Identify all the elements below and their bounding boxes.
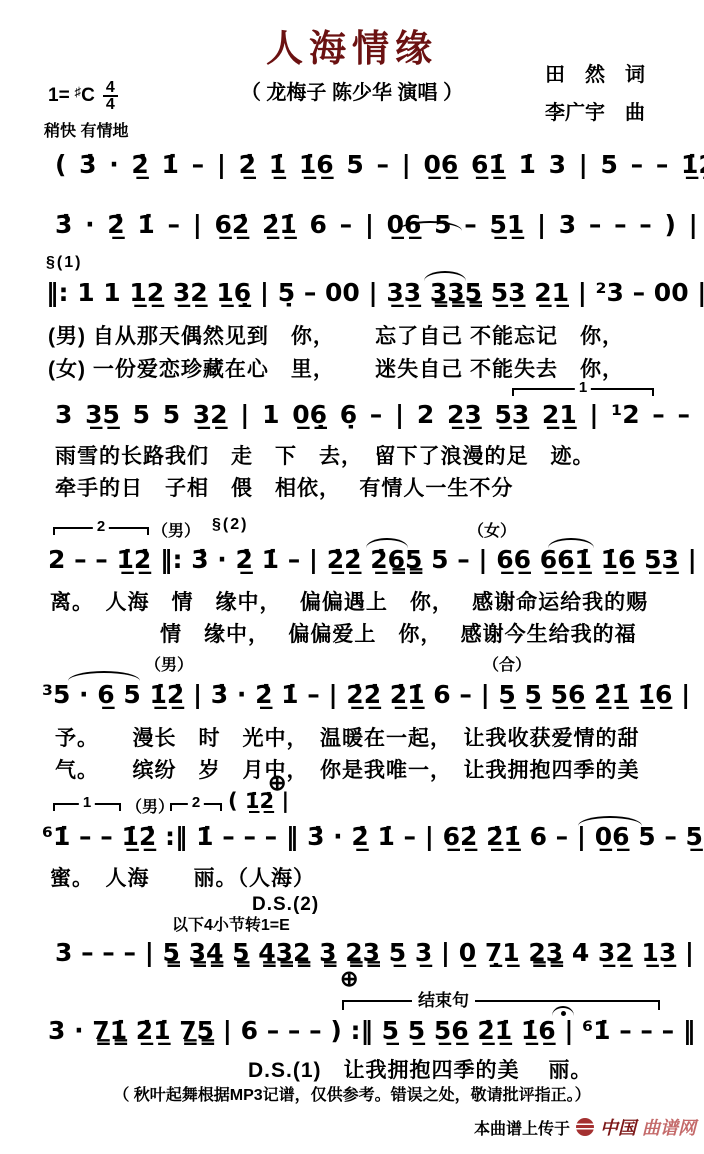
volta-2-label: 2 [188, 794, 204, 812]
tie-arc [548, 538, 594, 548]
music-line-3: ‖: 1 1 1̲2̲ 3̲2̲ 1̲6̲̣ | 5̣ – 00 | 3̲3̲ … [46, 278, 704, 307]
voice-label-female: （女） [468, 518, 516, 541]
key-prefix: 1= [48, 85, 70, 107]
segno-mark-2: §(2) [212, 516, 248, 534]
music-line-7: ⁶1̇ – – 1̲̇2̲̇ :‖ 1̇ – – – ‖ 3̇ · 2̲̇ 1̇… [42, 822, 704, 851]
lyrics-line-9: D.S.(1) 让我拥抱四季的美 丽。 [248, 1054, 592, 1084]
site-name-cn: 中国 [600, 1114, 636, 1140]
volta-1-bracket: 1 [53, 803, 121, 813]
music-line-4: 3 3̲5̲ 5 5 3̲2̲ | 1 0̲6̲̣ 6̣ – | 2 2̲3̲ … [55, 400, 704, 429]
site-name-qupu: 曲谱网 [642, 1114, 696, 1140]
lyrics-line-5-a: 离。 人海 情 缘中， 偏偏遇上 你， 感谢命运给我的赐 [50, 586, 648, 616]
meter-denominator: 4 [106, 97, 115, 112]
key-signature: 1=♯C 4 4 [48, 80, 118, 112]
music-line-1: ( 3̇ · 2̲̇ 1̇ – | 2̲̇ 1̲̇ 1̲̇6̲ 5 – | 0̲… [55, 150, 704, 179]
upload-text: 本曲谱上传于 [474, 1116, 570, 1139]
site-logo-icon [576, 1118, 594, 1136]
meter-numerator: 4 [103, 80, 118, 97]
lyrics-line-7: 蜜。 人海 丽。（人海） [50, 862, 315, 892]
volta-2-label: 2 [93, 518, 109, 536]
sheet-music-page: 人海情缘 （ 龙梅子 陈少华 演唱 ） 田 然 词 李广宇 曲 1=♯C 4 4… [0, 0, 704, 1154]
composer-credit: 李广宇 曲 [545, 96, 645, 125]
lyrics-line-3-female: (女) 一份爱恋珍藏在心 里， 迷失自己 不能失去 你， [48, 353, 624, 383]
lyrics-line-4-a: 雨雪的长路我们 走 下 去， 留下了浪漫的足 迹。 [55, 440, 595, 470]
voice-label-male: （男） [126, 794, 174, 817]
music-line-2: 3̇ · 2̲̇ 1̇ – | 6̲2̲̇ 2̲̇1̲̇ 6 – | 0̲6̲ … [55, 210, 698, 239]
fermata-dot [561, 1011, 566, 1016]
pickup-notes: ( 1̲̇2̲̇ | [228, 789, 289, 813]
voice-label-male: （男） [145, 652, 193, 675]
key-letter: C [81, 85, 95, 107]
segno-mark-1: §(1) [46, 254, 82, 272]
lyrics-line-3-male: (男) 自从那天偶然见到 你， 忘了自己 不能忘记 你， [48, 320, 624, 350]
ending-label: 结束句 [412, 991, 475, 1011]
voice-label-together: （合） [483, 652, 531, 675]
tie-arc [578, 816, 642, 826]
music-line-8: 3 – – – | 5̳ 3̳4̳ 5̳ 4̳3̳2̳ 3̳ 2̳3̳ 5̲ 3… [55, 938, 694, 967]
lyricist-credit: 田 然 词 [545, 58, 645, 87]
lyrics-line-6-b: 气。 缤纷 岁 月中， 你是我唯一， 让我拥抱四季的美 [55, 754, 640, 784]
music-line-9: 3 · 7̳1̳̇ 2̲̇1̲̇ 7̳5̳ | 6 – – – ) :‖ 5̲ … [48, 1016, 695, 1045]
volta-1-bracket: 1 [512, 388, 654, 398]
ending-bracket: 结束句 [342, 1000, 660, 1012]
music-line-6: ³5 · 6̲ 5 1̲̇2̲̇ | 3̇ · 2̲̇ 1̇ – | 2̲̇2̇… [42, 680, 690, 709]
site-credit: 本曲谱上传于 中国 曲谱网 [474, 1114, 696, 1140]
voice-label-male: （男） [152, 518, 200, 541]
volta-2-bracket: 2 [170, 803, 222, 813]
tie-arc [424, 271, 466, 281]
lyrics-line-5-b: 情 缘中， 偏偏爱上 你， 感谢今生给我的福 [50, 618, 637, 648]
volta-1-label: 1 [79, 794, 95, 812]
volta-2-bracket: 2 [53, 527, 149, 537]
music-line-5: 2 – – 1̲̇2̲̇ ‖: 3̇ · 2̲̇ 1̇ – | 2̲̇2̲̇ 2… [48, 545, 697, 574]
volta-1-label: 1 [575, 379, 591, 397]
tempo-marking: 稍快 有情地 [44, 118, 128, 141]
transcription-note: （ 秋叶起舞根据MP3记谱，仅供参考。错误之处，敬请批评指正。） [0, 1082, 704, 1105]
lyrics-line-6-a: 予。 漫长 时 光中， 温暖在一起， 让我收获爱情的甜 [55, 722, 640, 752]
time-signature: 4 4 [103, 80, 118, 112]
tie-arc [366, 538, 408, 548]
sharp-icon: ♯ [75, 84, 82, 99]
lyrics-line-4-b: 牵手的日 子相 偎 相依， 有情人一生不分 [55, 472, 513, 502]
modulation-note: 以下4小节转1=E [172, 912, 290, 935]
coda-mark: ⊕ [340, 966, 358, 992]
